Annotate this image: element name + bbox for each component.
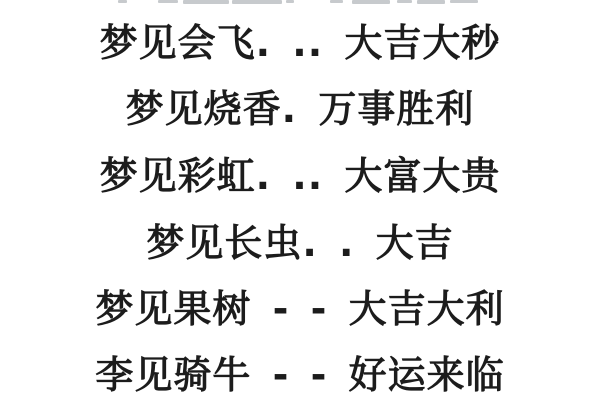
dream-entry-text: 梦见彩虹. .. 大富大贵 [100, 154, 501, 198]
dream-entry-snake: 梦见长虫. . 大吉 [0, 224, 600, 262]
truncated-text-fragment [183, 0, 229, 4]
truncated-top-line [0, 0, 600, 6]
truncated-text-fragment [286, 0, 294, 3]
dream-entry-riding-ox: 李见骑牛 - - 好运来临 [0, 356, 600, 394]
truncated-text-fragment [158, 0, 178, 3]
truncated-text-fragment [118, 0, 127, 3]
truncated-text-fragment [330, 0, 343, 3]
dream-entry-flying: 梦见会飞. .. 大吉大秒 [0, 24, 600, 62]
truncated-text-fragment [397, 0, 412, 3]
truncated-text-fragment [417, 0, 445, 4]
dream-entry-incense: 梦见烧香. 万事胜利 [0, 90, 600, 128]
truncated-text-fragment [450, 0, 478, 3]
dream-entry-fruit-tree: 梦见果树 - - 大吉大利 [0, 290, 600, 328]
dream-entry-text: 梦见果树 - - 大吉大利 [95, 287, 504, 331]
dream-entry-text: 梦见会飞. .. 大吉大秒 [100, 21, 501, 65]
dream-entry-rainbow: 梦见彩虹. .. 大富大贵 [0, 157, 600, 195]
truncated-text-fragment [352, 0, 390, 4]
dream-entry-text: 梦见长虫. . 大吉 [146, 221, 453, 265]
dream-entry-text: 梦见烧香. 万事胜利 [126, 87, 475, 131]
truncated-text-fragment [232, 0, 282, 4]
dream-entry-text: 李见骑牛 - - 好运来临 [95, 353, 504, 397]
page: 梦见会飞. .. 大吉大秒 梦见烧香. 万事胜利 梦见彩虹. .. 大富大贵 梦… [0, 0, 600, 400]
